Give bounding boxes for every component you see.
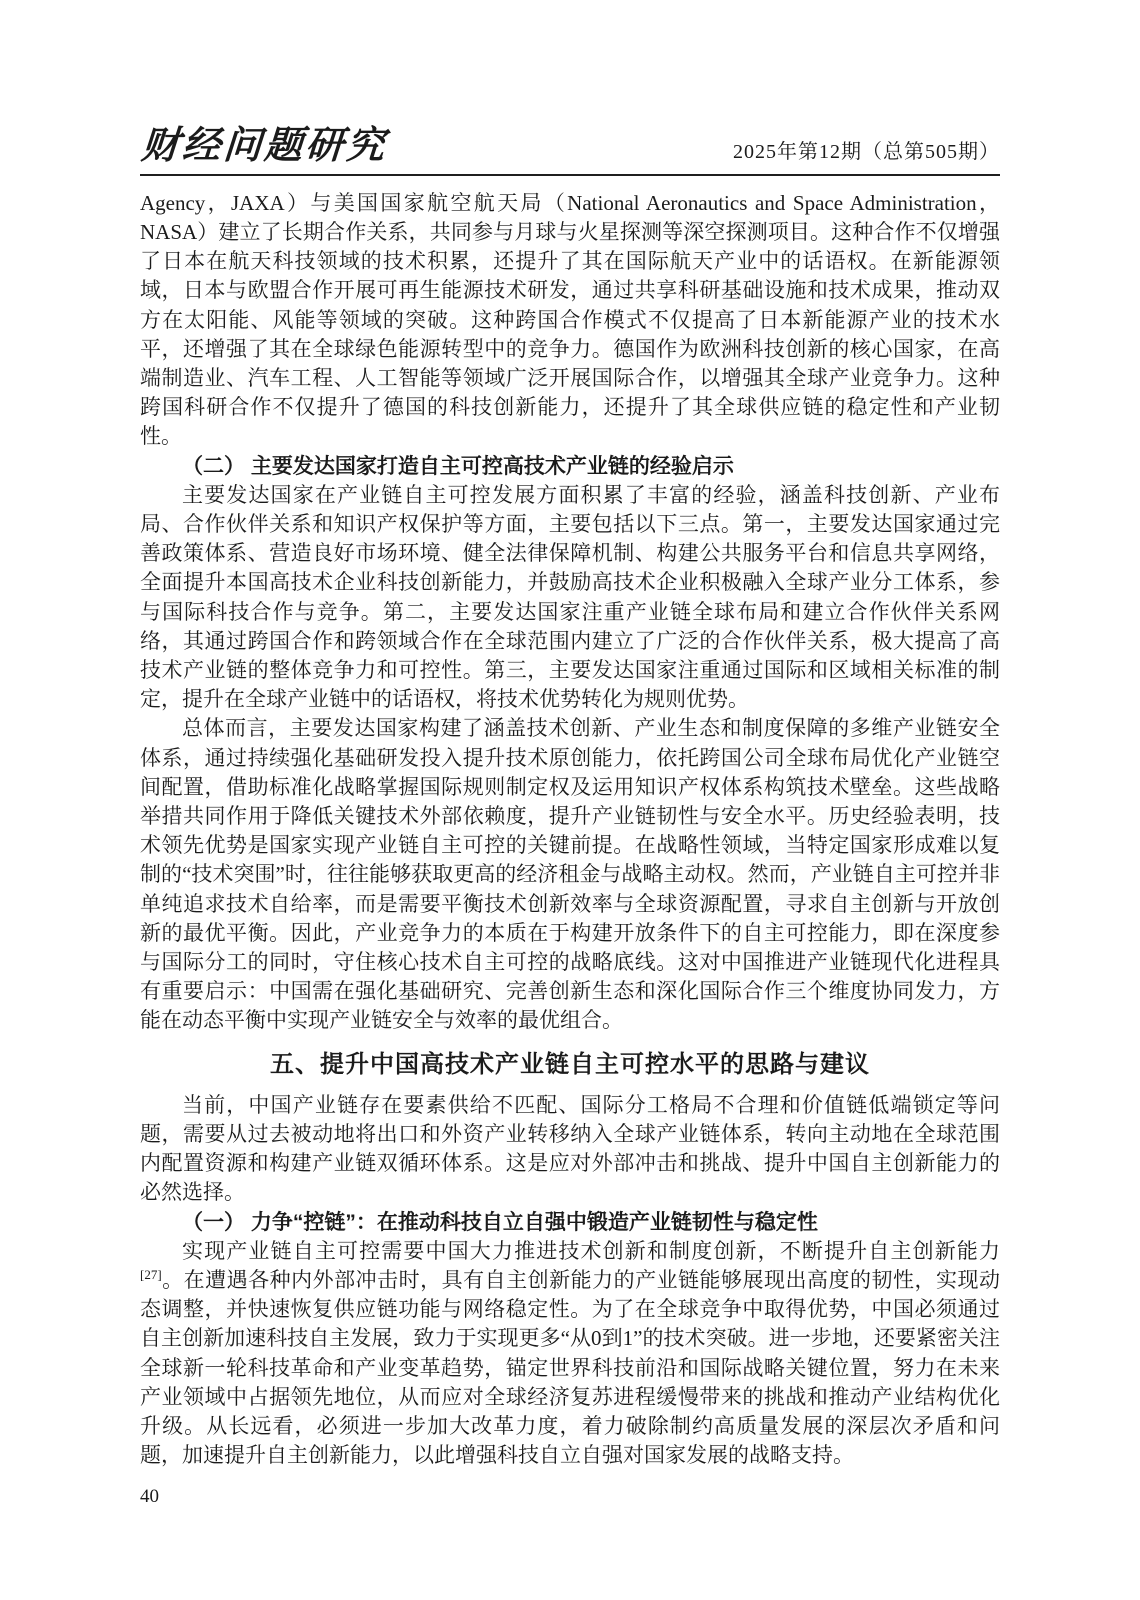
citation-superscript-27: [27] [140,1267,162,1282]
subsection-heading-1: （一） 力争“控链”：在推动科技自立自强中锻造产业链韧性与稳定性 [140,1208,1000,1237]
journal-logo: 财经问题研究 [140,124,389,166]
paragraph-experience: 主要发达国家在产业链自主可控发展方面积累了丰富的经验，涵盖科技创新、产业布局、合… [140,481,1000,715]
paragraph-innovation-text-after: 。在遭遇各种内外部冲击时，具有自主创新能力的产业链能够展现出高度的韧性，实现动态… [140,1268,1000,1467]
paragraph-innovation-text-before: 实现产业链自主可控需要中国大力推进技术创新和制度创新，不断提升自主创新能力 [182,1239,1000,1263]
paragraph-continuation: Agency，JAXA）与美国国家航空航天局（National Aeronaut… [140,189,1000,452]
paragraph-summary: 总体而言，主要发达国家构建了涵盖技术创新、产业生态和制度保障的多维产业链安全体系… [140,714,1000,1035]
paragraph-innovation: 实现产业链自主可控需要中国大力推进技术创新和制度创新，不断提升自主创新能力[27… [140,1237,1000,1471]
journal-page: 财经问题研究 2025年第12期（总第505期） Agency，JAXA）与美国… [0,0,1140,1600]
subsection-heading-2: （二） 主要发达国家打造自主可控高技术产业链的经验启示 [140,452,1000,481]
page-header: 财经问题研究 2025年第12期（总第505期） [140,0,1000,176]
page-footer: 40 [140,1486,1000,1509]
article-body: Agency，JAXA）与美国国家航空航天局（National Aeronaut… [140,176,1000,1471]
paragraph-current: 当前，中国产业链存在要素供给不匹配、国际分工格局不合理和价值链低端锁定等问题，需… [140,1091,1000,1208]
issue-info: 2025年第12期（总第505期） [733,140,1000,166]
section-heading-5: 五、提升中国高技术产业链自主可控水平的思路与建议 [140,1049,1000,1080]
page-number: 40 [140,1486,1000,1509]
